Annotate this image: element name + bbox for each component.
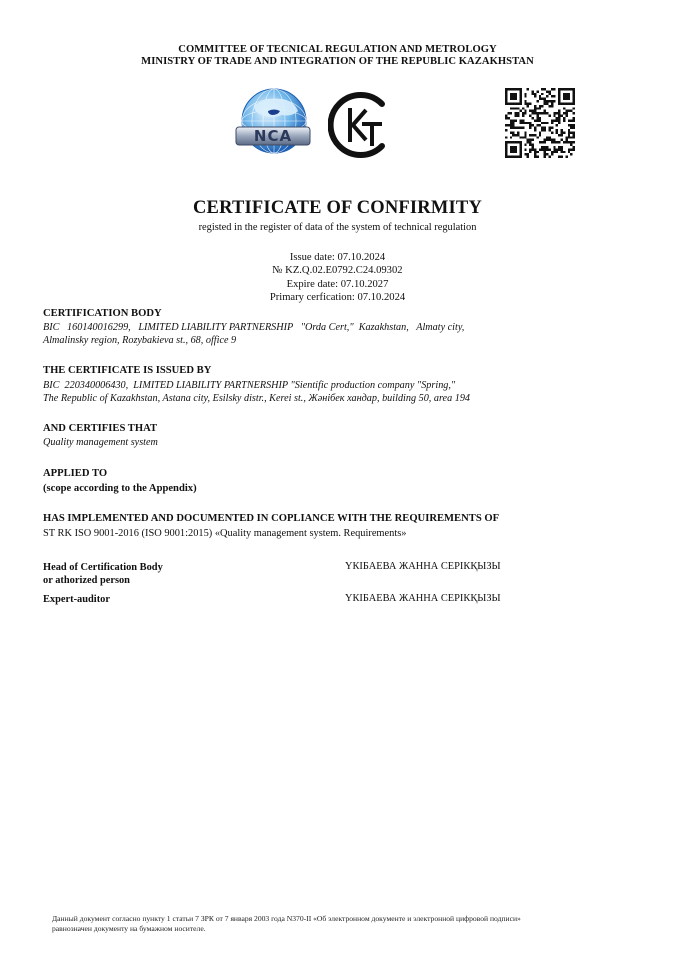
- qr-code-icon: [505, 88, 575, 158]
- issued-by-heading: THE CERTIFICATE IS ISSUED BY: [43, 365, 211, 376]
- certificate-number: № KZ.Q.02.E0792.C24.09302: [0, 265, 675, 276]
- kt-conformity-mark-icon: [328, 90, 394, 160]
- issued-by-line1: BIC 220340006430, LIMITED LIABILITY PART…: [43, 380, 455, 391]
- head-of-certification-label-line1: Head of Certification Body: [43, 561, 163, 574]
- expire-date: Expire date: 07.10.2027: [0, 279, 675, 290]
- applied-to-heading: APPLIED TO: [43, 468, 107, 479]
- applied-to-value: (scope according to the Appendix): [43, 483, 197, 494]
- certifies-that-value: Quality management system: [43, 437, 158, 448]
- legal-footer-line1: Данный документ согласно пункту 1 статьи…: [52, 914, 521, 924]
- nca-logo-text: NCA: [254, 127, 292, 145]
- compliance-standard: ST RK ISO 9001-2016 (ISO 9001:2015) «Qua…: [43, 528, 406, 539]
- certificate-subtitle: registed in the register of data of the …: [0, 222, 675, 233]
- nca-globe-logo-icon: NCA: [232, 87, 312, 159]
- certifies-that-heading: AND CERTIFIES THAT: [43, 423, 157, 434]
- ministry-header: MINISTRY OF TRADE AND INTEGRATION OF THE…: [0, 56, 675, 67]
- expert-auditor-name: ҮКІБАЕВА ЖАННА СЕРІКҚЫЗЫ: [345, 593, 501, 604]
- head-of-certification-label: Head of Certification Body or athorized …: [43, 561, 163, 587]
- primary-certification-date: Primary cerfication: 07.10.2024: [0, 292, 675, 303]
- certification-body-heading: CERTIFICATION BODY: [43, 308, 162, 319]
- legal-footer-line2: равнозначен документу на бумажном носите…: [52, 924, 206, 934]
- head-of-certification-label-line2: or athorized person: [43, 574, 163, 587]
- expert-auditor-label: Expert-auditor: [43, 593, 110, 606]
- issue-date: Issue date: 07.10.2024: [0, 252, 675, 263]
- certification-body-line2: Almalinsky region, Rozybakieva st., 68, …: [43, 335, 236, 346]
- head-of-certification-name: ҮКІБАЕВА ЖАННА СЕРІКҚЫЗЫ: [345, 561, 501, 572]
- compliance-heading: HAS IMPLEMENTED AND DOCUMENTED IN COPLIA…: [43, 513, 499, 524]
- committee-header: COMMITTEE OF TECNICAL REGULATION AND MET…: [0, 44, 675, 55]
- certificate-title: CERTIFICATE OF CONFIRMITY: [0, 198, 675, 219]
- issued-by-line2: The Republic of Kazakhstan, Astana city,…: [43, 393, 470, 404]
- certification-body-line1: BIC 160140016299, LIMITED LIABILITY PART…: [43, 322, 464, 333]
